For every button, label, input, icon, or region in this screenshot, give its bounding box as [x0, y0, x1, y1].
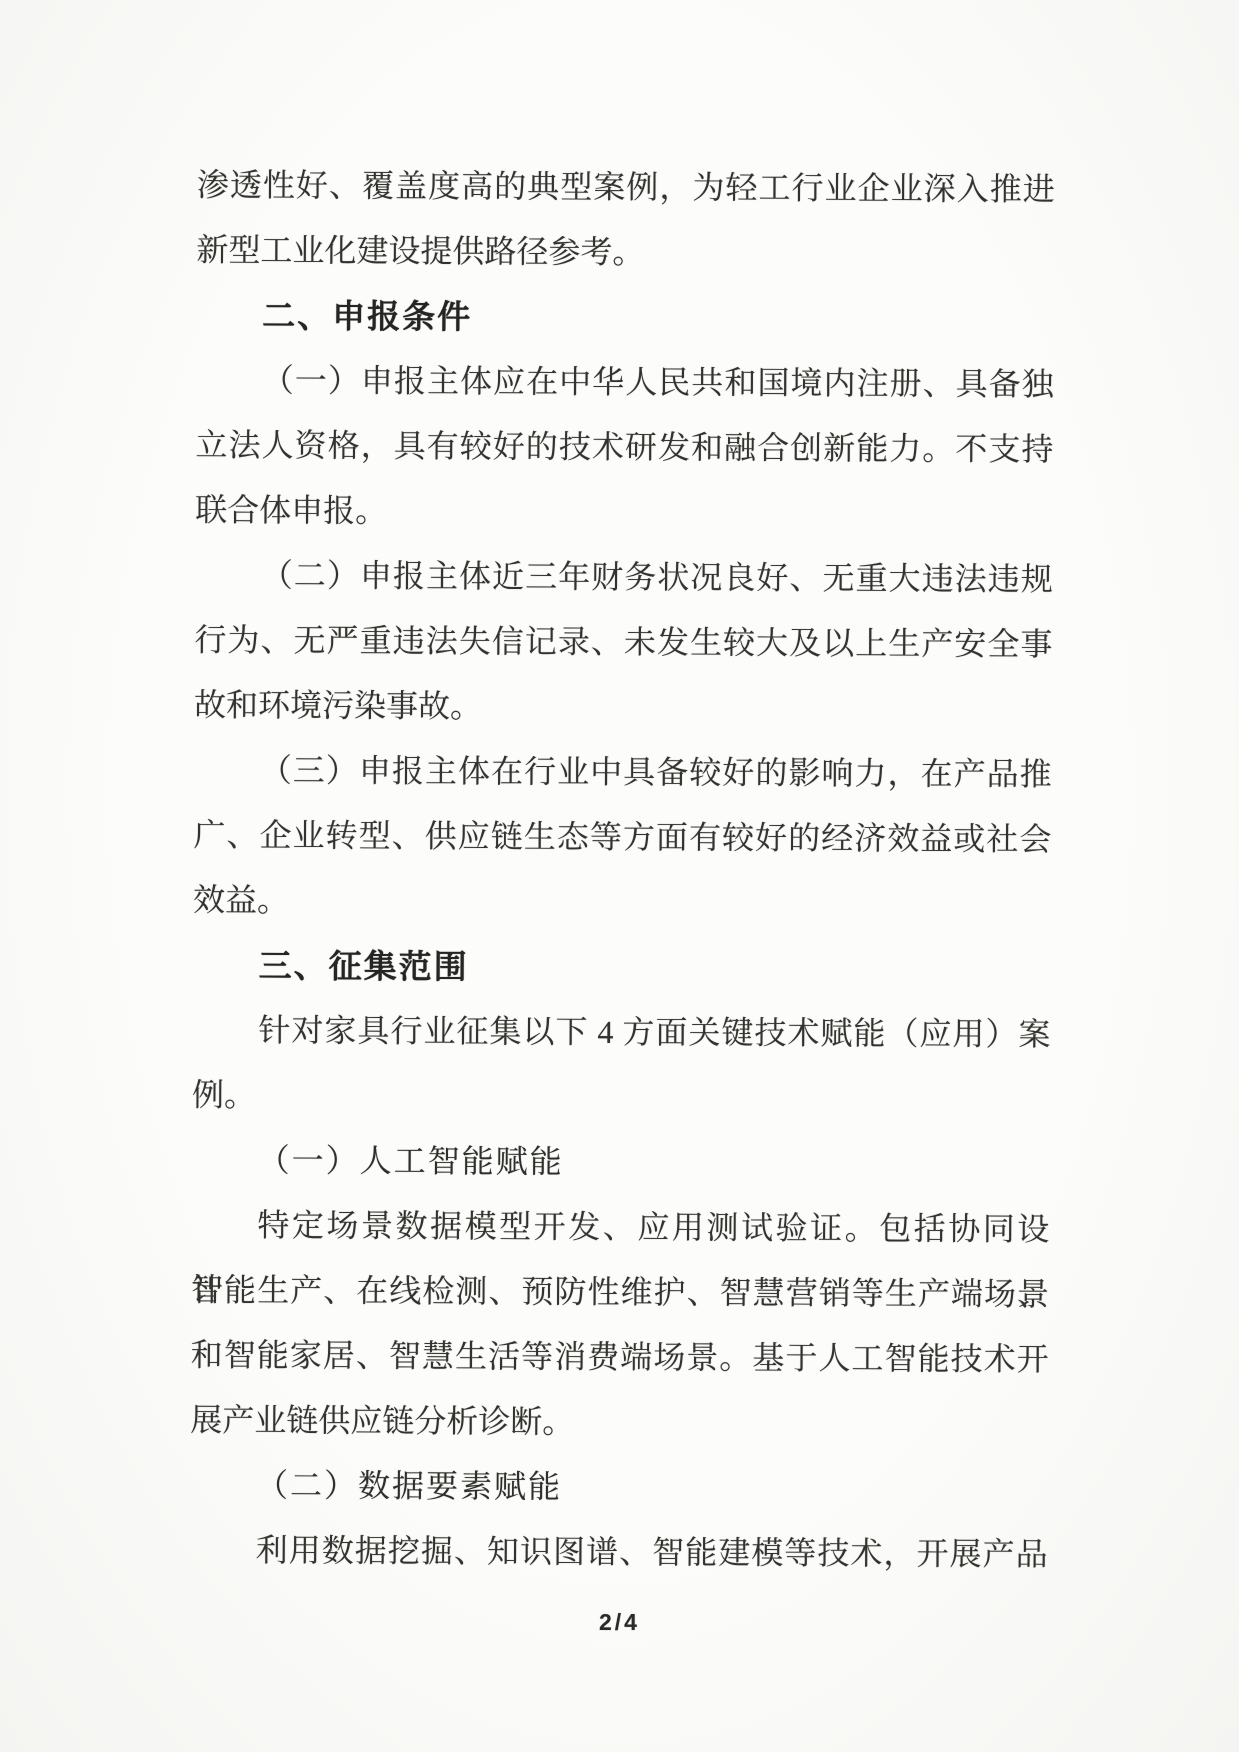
- body-text-line: （三）申报主体在行业中具备较好的影响力，在产品推: [194, 738, 1052, 807]
- body-text-line: 和智能家居、智慧生活等消费端场景。基于人工智能技术开: [191, 1323, 1049, 1392]
- body-text-line: （二）申报主体近三年财务状况良好、无重大违法违规: [195, 543, 1053, 612]
- body-text-line: 展产业链供应链分析诊断。: [190, 1388, 1048, 1457]
- sub-section-heading: （二）数据要素赋能: [190, 1453, 1048, 1522]
- body-text-line: 智能生产、在线检测、预防性维护、智慧营销等生产端场景: [191, 1258, 1049, 1327]
- body-text-line: 联合体申报。: [195, 478, 1053, 547]
- page-footer: 2/4: [0, 1606, 1239, 1638]
- body-text-line: 行为、无严重违法失信记录、未发生较大及以上生产安全事: [194, 608, 1052, 677]
- body-text-line: 特定场景数据模型开发、应用测试验证。包括协同设计、: [191, 1193, 1049, 1262]
- scanned-document-page: 渗透性好、覆盖度高的典型案例，为轻工行业企业深入推进新型工业化建设提供路径参考。…: [0, 0, 1239, 1752]
- page-number: 2/4: [599, 1609, 640, 1635]
- body-text-line: 新型工业化建设提供路径参考。: [196, 218, 1054, 287]
- body-text-line: 例。: [192, 1063, 1050, 1132]
- body-text-line: 效益。: [193, 868, 1051, 937]
- body-text-line: 立法人资格，具有较好的技术研发和融合创新能力。不支持: [195, 413, 1053, 482]
- body-text-line: 渗透性好、覆盖度高的典型案例，为轻工行业企业深入推进: [197, 153, 1055, 222]
- document-body: 渗透性好、覆盖度高的典型案例，为轻工行业企业深入推进新型工业化建设提供路径参考。…: [190, 153, 1055, 1587]
- section-heading: 二、申报条件: [196, 283, 1054, 352]
- body-text-line: （一）申报主体应在中华人民共和国境内注册、具备独: [196, 348, 1054, 417]
- body-text-line: 针对家具行业征集以下 4 方面关键技术赋能（应用）案: [192, 998, 1050, 1067]
- body-text-line: 广、企业转型、供应链生态等方面有较好的经济效益或社会: [193, 803, 1051, 872]
- section-heading: 三、征集范围: [193, 933, 1051, 1002]
- body-text-line: 利用数据挖掘、知识图谱、智能建模等技术，开展产品: [190, 1518, 1048, 1587]
- sub-section-heading: （一）人工智能赋能: [192, 1128, 1050, 1197]
- body-text-line: 故和环境污染事故。: [194, 673, 1052, 742]
